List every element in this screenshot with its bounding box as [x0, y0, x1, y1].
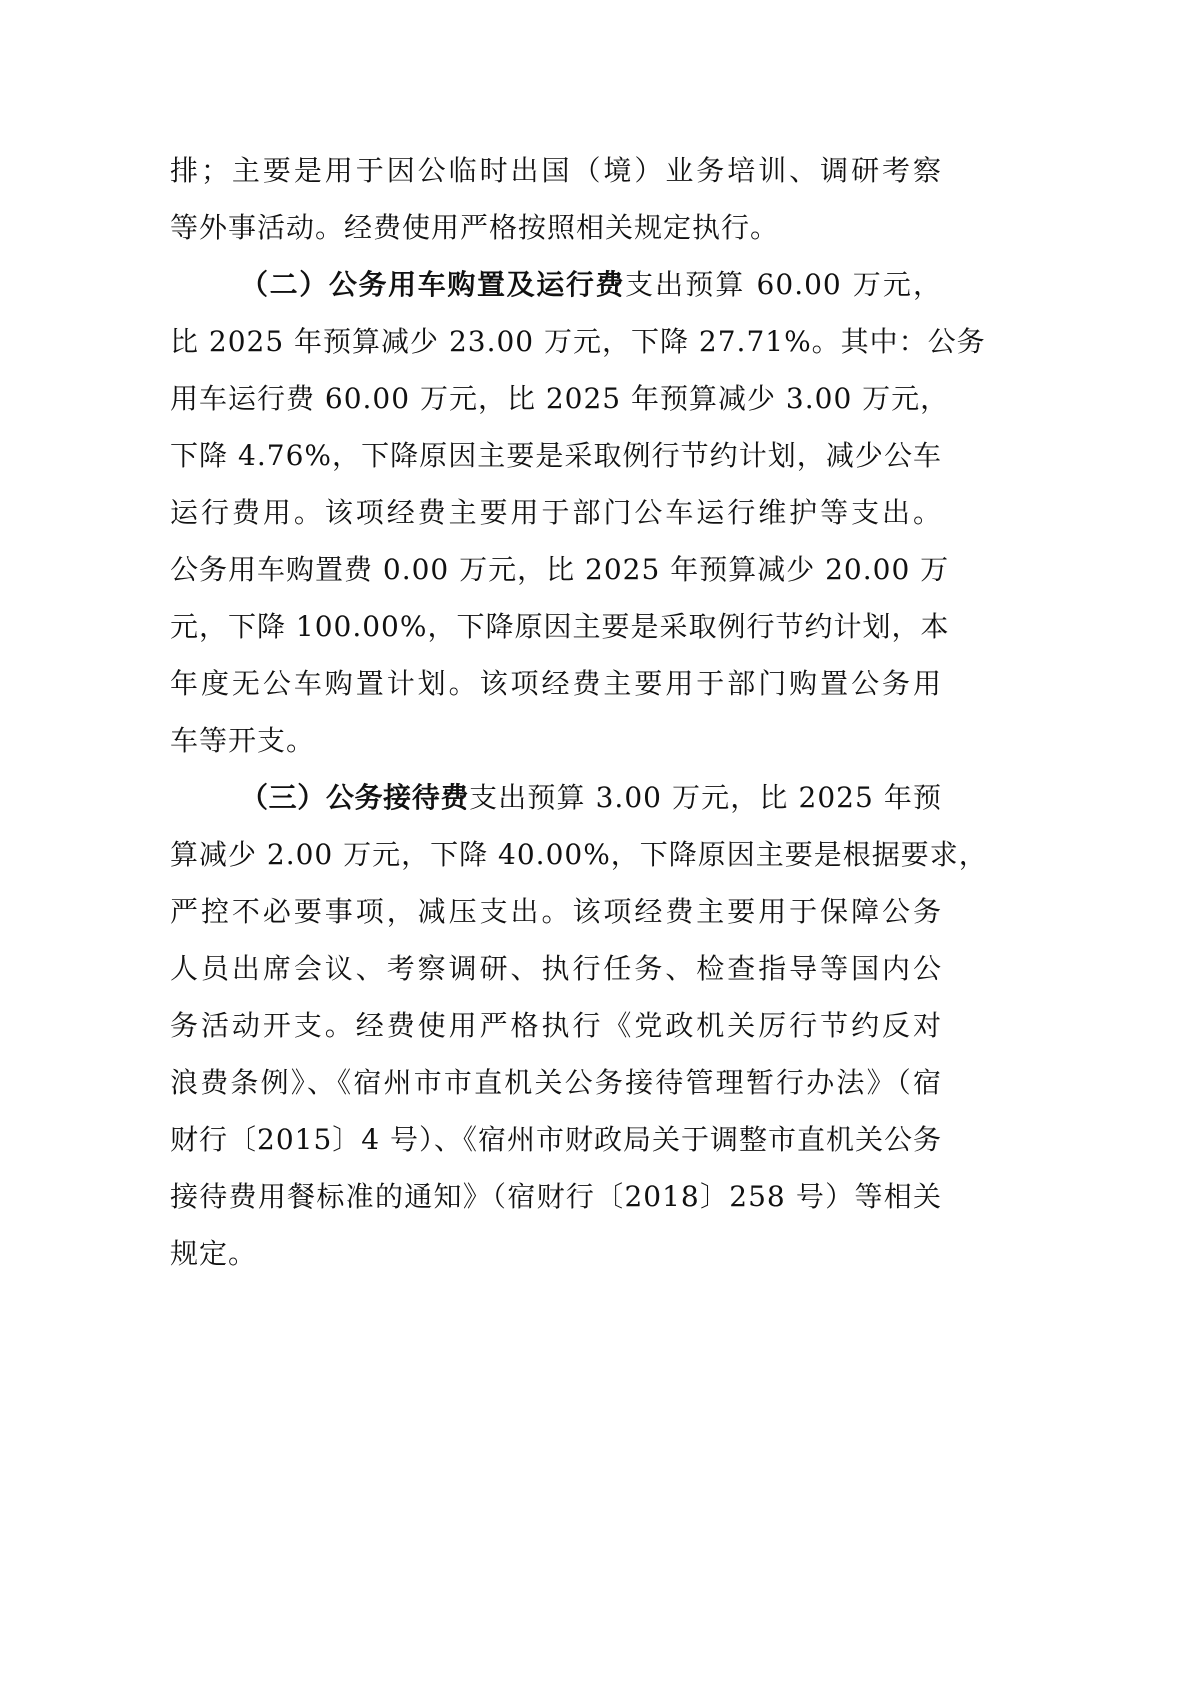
text-run: 支出预算 60.00 万元，: [625, 268, 942, 301]
section-heading-reception: （三）公务接待费: [240, 781, 469, 814]
text-line: 人员出席会议、考察调研、执行任务、检查指导等国内公: [170, 940, 942, 997]
text-line: 车等开支。: [170, 712, 942, 769]
text-line: 严控不必要事项，减压支出。该项经费主要用于保障公务: [170, 883, 942, 940]
section-heading-vehicles: （二）公务用车购置及运行费: [240, 268, 625, 301]
text-line: 排；主要是用于因公临时出国（境）业务培训、调研考察: [170, 142, 942, 199]
text-line: （二）公务用车购置及运行费支出预算 60.00 万元，: [170, 256, 942, 313]
text-line: 元，下降 100.00%，下降原因主要是采取例行节约计划，本: [170, 598, 942, 655]
text-line: 运行费用。该项经费主要用于部门公车运行维护等支出。: [170, 484, 942, 541]
text-line: 浪费条例》、《宿州市市直机关公务接待管理暂行办法》（宿: [170, 1054, 942, 1111]
paragraph-official-vehicles: （二）公务用车购置及运行费支出预算 60.00 万元， 比 2025 年预算减少…: [170, 256, 942, 769]
text-line: 公务用车购置费 0.00 万元，比 2025 年预算减少 20.00 万: [170, 541, 942, 598]
text-line: 比 2025 年预算减少 23.00 万元，下降 27.71%。其中：公务: [170, 313, 942, 370]
text-run: 支出预算 3.00 万元，比 2025 年预: [469, 781, 942, 814]
text-line: 务活动开支。经费使用严格执行《党政机关厉行节约反对: [170, 997, 942, 1054]
text-line: 等外事活动。经费使用严格按照相关规定执行。: [170, 199, 942, 256]
paragraph-overseas-travel: 排；主要是用于因公临时出国（境）业务培训、调研考察 等外事活动。经费使用严格按照…: [170, 142, 942, 256]
document-body: 排；主要是用于因公临时出国（境）业务培训、调研考察 等外事活动。经费使用严格按照…: [170, 142, 942, 1282]
document-page: 排；主要是用于因公临时出国（境）业务培训、调研考察 等外事活动。经费使用严格按照…: [0, 0, 1190, 1683]
text-line: 年度无公车购置计划。该项经费主要用于部门购置公务用: [170, 655, 942, 712]
text-line: 财行〔2015〕4 号）、《宿州市财政局关于调整市直机关公务: [170, 1111, 942, 1168]
text-line: （三）公务接待费支出预算 3.00 万元，比 2025 年预: [170, 769, 942, 826]
text-line: 接待费用餐标准的通知》（宿财行〔2018〕258 号）等相关: [170, 1168, 942, 1225]
text-line: 算减少 2.00 万元，下降 40.00%，下降原因主要是根据要求，: [170, 826, 942, 883]
text-line: 下降 4.76%，下降原因主要是采取例行节约计划，减少公车: [170, 427, 942, 484]
text-line: 规定。: [170, 1225, 942, 1282]
paragraph-official-reception: （三）公务接待费支出预算 3.00 万元，比 2025 年预 算减少 2.00 …: [170, 769, 942, 1282]
text-line: 用车运行费 60.00 万元，比 2025 年预算减少 3.00 万元，: [170, 370, 942, 427]
